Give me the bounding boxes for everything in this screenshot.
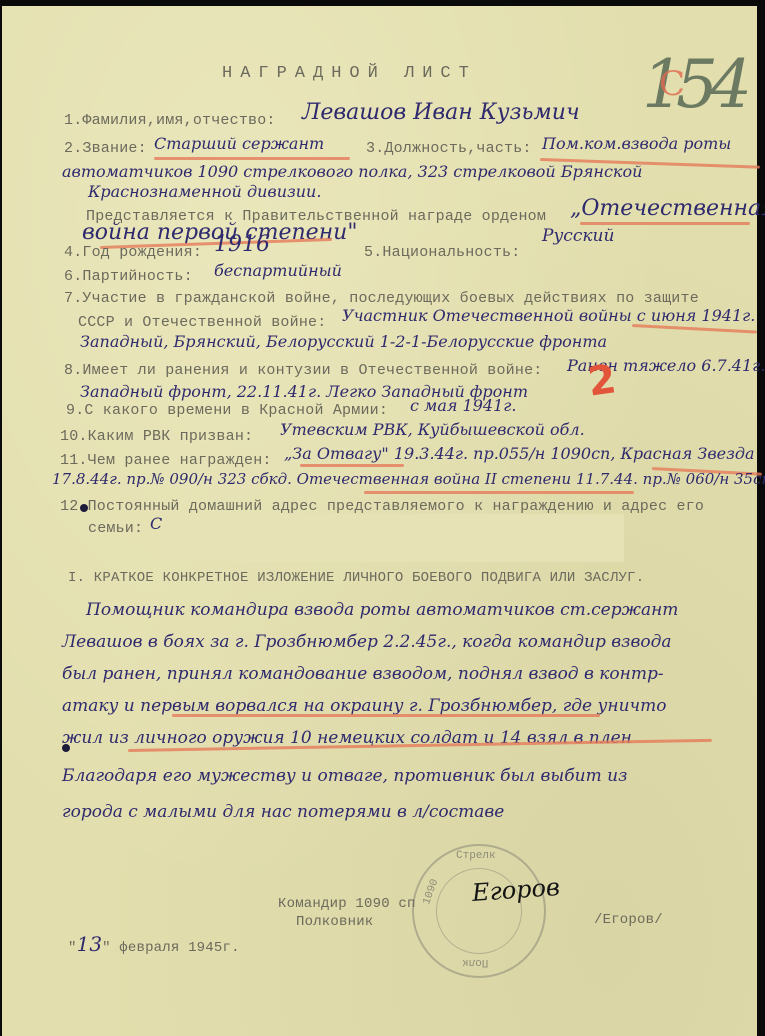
archive-number: 154 [642, 46, 744, 123]
prev-award-underline-3 [364, 491, 634, 494]
award-underline [580, 222, 750, 225]
narrative-line-6: Благодаря его мужеству и отваге, противн… [62, 766, 627, 786]
redacted-address [162, 514, 624, 562]
rank-underline [154, 157, 350, 160]
field-address-label-cont: семьи: [88, 520, 143, 537]
field-prev-awards-label: 11.Чем ранее награжден: [60, 452, 272, 469]
field-rank-value: Старший сержант [154, 134, 324, 153]
field-prev-awards-value-cont: 17.8.44г. пр.№ 090/н 323 сбкд. Отечестве… [52, 470, 765, 488]
field-position-value-cont2: Краснознаменной дивизии. [88, 182, 321, 201]
stamp-bottom-text: Полк [462, 956, 488, 968]
narrative-line-4: атаку и первым ворвался на окраину г. Гр… [62, 696, 666, 716]
award-sheet-page: НАГРАДНОЙ ЛИСТ 154 С 1.Фамилия,имя,отчес… [2, 6, 757, 1036]
section-heading: I. КРАТКОЕ КОНКРЕТНОЕ ИЗЛОЖЕНИЕ ЛИЧНОГО … [68, 570, 644, 586]
narrative-line-1: Помощник командира взвода роты автоматчи… [86, 600, 678, 620]
field-name-value: Левашов Иван Кузьмич [302, 100, 580, 125]
regiment-stamp: Стрелк 1090 Полк [412, 844, 546, 978]
field-nationality-value: Русский [542, 226, 614, 246]
field-party-label: 6.Партийность: [64, 268, 193, 285]
date-month-year: " февраля 1945г. [102, 940, 240, 956]
date-prefix: " [68, 940, 77, 956]
field-participation-label-cont: СССР и Отечественной войне: [78, 314, 326, 331]
field-participation-value: Участник Отечественной войны с июня 1941… [342, 306, 755, 325]
red-pencil-mark: С [659, 64, 685, 104]
field-participation-label: 7.Участие в гражданской войне, последующ… [64, 290, 699, 307]
field-rvk-label: 10.Каким РВК призван: [60, 428, 253, 445]
field-name-label: 1.Фамилия,имя,отчество: [64, 112, 276, 129]
field-position-value-cont: автоматчиков 1090 стрелкового полка, 323… [62, 162, 642, 181]
stamp-top-text: Стрелк [456, 850, 496, 862]
prev-award-underline-1 [300, 464, 404, 467]
narrative-line-2: Левашов в боях за г. Грозбнюмбер 2.2.45г… [62, 632, 671, 652]
field-army-since-value: с мая 1941г. [410, 396, 516, 415]
field-birthyear-value: 1916 [214, 232, 270, 257]
field-address-value: С [150, 514, 162, 533]
field-participation-value-cont: Западный, Брянский, Белорусский 1-2-1-Бе… [80, 332, 607, 351]
ink-blot [80, 504, 88, 512]
field-party-value: беспартийный [214, 261, 342, 280]
commander-signature: Егоров [471, 873, 561, 907]
date-day: 13 [77, 932, 102, 956]
field-rvk-value: Утевским РВК, Куйбышевской обл. [280, 420, 585, 439]
participation-underline [632, 324, 757, 334]
document-title: НАГРАДНОЙ ЛИСТ [222, 64, 477, 83]
field-army-since-label: 9.С какого времени в Красной Армии: [66, 402, 388, 419]
commander-role: Командир 1090 сп [278, 896, 416, 912]
field-nationality-label: 5.Национальность: [364, 244, 520, 261]
narrative-underline-1 [172, 714, 600, 717]
field-prev-awards-value: „За Отвагу" 19.3.44г. пр.055/н 1090сп, К… [284, 444, 755, 463]
award-value: „Отечественная [570, 196, 765, 221]
document-date: "13" февраля 1945г. [68, 932, 240, 956]
narrative-line-3: был ранен, принял командование взводом, … [62, 664, 664, 684]
commander-name: /Егоров/ [594, 912, 663, 928]
narrative-line-7: города с малыми для нас потерями в л/сос… [62, 802, 504, 822]
ink-blot-2 [62, 744, 70, 752]
field-birthyear-label: 4.Год рождения: [64, 244, 202, 261]
commander-rank: Полковник [296, 914, 373, 930]
field-wounds-label: 8.Имеет ли ранения и контузии в Отечеств… [64, 362, 542, 379]
field-position-label: 3.Должность,часть: [366, 140, 532, 157]
field-address-label: 12.Постоянный домашний адрес представляе… [60, 498, 704, 515]
field-position-value: Пом.ком.взвода роты [542, 134, 731, 153]
field-rank-label: 2.Звание: [64, 140, 147, 157]
